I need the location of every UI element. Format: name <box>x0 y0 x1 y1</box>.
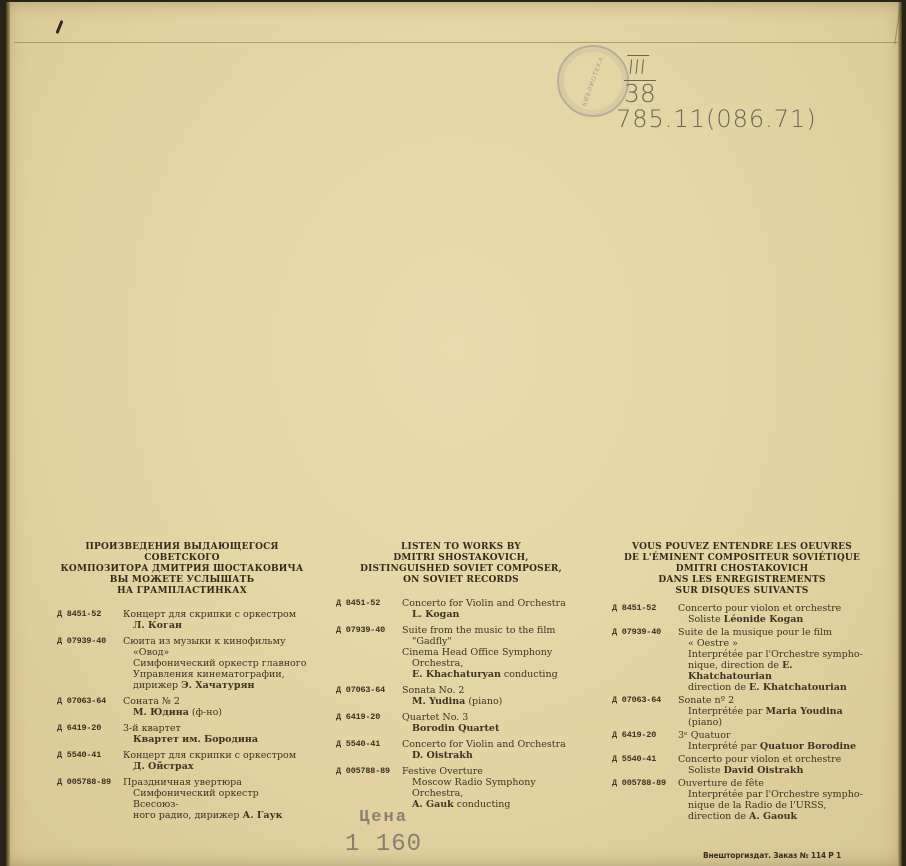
performer-line: M. Yudina (piano) <box>402 696 586 707</box>
scratch-mark <box>55 20 63 34</box>
sleeve-right-edge <box>898 2 902 866</box>
performer-line: Soliste David Oistrakh <box>678 765 872 776</box>
performer-name: М. Юдина <box>133 707 189 718</box>
heading-line: VOUS POUVEZ ENTENDRE LES OEUVRES <box>612 542 872 553</box>
work-title: Соната № 2 <box>123 696 307 707</box>
catalog-number: Д 8451-52 <box>57 609 123 631</box>
performer-line: Квартет им. Бородина <box>123 734 307 745</box>
record-details: Сюита из музыки к кинофильму«Овод»Симфон… <box>123 636 307 691</box>
heading-line: DMITRI CHOSTAKOVICH <box>612 564 872 575</box>
record-details: Концерт для скрипки с оркестромЛ. Коган <box>123 609 307 631</box>
performer-name: M. Yudina <box>412 696 465 707</box>
catalog-number: Д 07063-64 <box>57 696 123 718</box>
record-details: Концерт для скрипки с оркестромД. Ойстра… <box>123 750 307 772</box>
price-label: Цена <box>345 808 422 827</box>
performer-name: A. Gaouk <box>749 811 797 822</box>
price-value: 1 160 <box>345 831 422 858</box>
record-entry: Д 5540-41Концерт для скрипки с оркестром… <box>57 750 307 772</box>
performer-line: Interprétée par l'Orchestre sympho- <box>678 789 872 800</box>
performer-line: Interprété par Quatuor Borodine <box>678 741 872 752</box>
record-entry: Д 07063-64Sonata No. 2M. Yudina (piano) <box>336 685 586 707</box>
discography-list-french: Д 8451-52Concerto pour violon et orchest… <box>612 603 872 822</box>
column-english: LISTEN TO WORKS BYDMITRI SHOSTAKOVICH,DI… <box>336 542 586 815</box>
printer-imprint: Внешторгиздат. Заказ № 114 Р 1 <box>703 851 841 860</box>
record-entry: Д 8451-52Concerto for Violin and Orchest… <box>336 598 586 620</box>
work-title: 3-й квартет <box>123 723 307 734</box>
record-entry: Д 5540-41Concerto pour violon et orchest… <box>612 754 872 776</box>
record-details: Quartet No. 3Borodin Quartet <box>402 712 586 734</box>
work-title: Suite from the music to the film <box>402 625 586 636</box>
price-stamp: Цена 1 160 <box>345 808 422 858</box>
work-title: 3ᵉ Quatuor <box>678 730 872 741</box>
performer-line: ного радио, дирижер А. Гаук <box>123 810 307 821</box>
heading-line: DISTINGUISHED SOVIET COMPOSER, <box>336 564 586 575</box>
record-details: Concerto pour violon et orchestreSoliste… <box>678 754 872 776</box>
performer-line: Симфонический оркестр главного <box>123 658 307 669</box>
performer-line: Moscow Radio Symphony Orchestra, <box>402 777 586 799</box>
performer-name: Borodin Quartet <box>412 723 499 734</box>
record-entry: Д 07063-64Sonate nº 2Interprétée par Mar… <box>612 695 872 728</box>
performer-line: Soliste Léonide Kogan <box>678 614 872 625</box>
performer-name: Л. Коган <box>133 620 182 631</box>
heading-english: LISTEN TO WORKS BYDMITRI SHOSTAKOVICH,DI… <box>336 542 586 586</box>
record-entry: Д 8451-52Концерт для скрипки с оркестром… <box>57 609 307 631</box>
performer-name: E. Khatchatourian <box>688 660 793 682</box>
work-title: Сюита из музыки к кинофильму <box>123 636 307 647</box>
catalog-number: Д 005788-89 <box>612 778 678 822</box>
discography-list-english: Д 8451-52Concerto for Violin and Orchest… <box>336 598 586 810</box>
catalog-number: Д 8451-52 <box>612 603 678 625</box>
performer-line: nique de la Radio de l'URSS, <box>678 800 872 811</box>
sleeve-left-edge <box>6 2 10 866</box>
performer-name: Quatuor Borodine <box>760 741 856 752</box>
work-title: Suite de la musique pour le film <box>678 627 872 638</box>
work-title: Sonata No. 2 <box>402 685 586 696</box>
performer-name: Квартет им. Бородина <box>133 734 258 745</box>
record-details: Suite de la musique pour le film« Oestre… <box>678 627 872 693</box>
performer-line: "Gadfly" <box>402 636 586 647</box>
record-entry: Д 07939-40Suite de la musique pour le fi… <box>612 627 872 693</box>
work-title: Concerto for Violin and Orchestra <box>402 598 586 609</box>
catalog-number: Д 07939-40 <box>57 636 123 691</box>
record-entry: Д 07939-40Suite from the music to the fi… <box>336 625 586 680</box>
catalog-number: Д 8451-52 <box>336 598 402 620</box>
catalog-number: Д 005788-89 <box>57 777 123 821</box>
record-details: Праздничная увертюраСимфонический оркест… <box>123 777 307 821</box>
record-details: 3ᵉ QuatuorInterprété par Quatuor Borodin… <box>678 730 872 752</box>
performer-line: D. Oistrakh <box>402 750 586 761</box>
performer-name: David Oistrakh <box>724 765 804 776</box>
performer-line: М. Юдина (ф-но) <box>123 707 307 718</box>
work-title: Festive Overture <box>402 766 586 777</box>
heading-line: КОМПОЗИТОРА ДМИТРИЯ ШОСТАКОВИЧА <box>57 564 307 575</box>
work-title: Ouverture de fête <box>678 778 872 789</box>
heading-line: DANS LES ENREGISTREMENTS <box>612 575 872 586</box>
work-title: Concerto pour violon et orchestre <box>678 603 872 614</box>
work-title: Sonate nº 2 <box>678 695 872 706</box>
performer-line: direction de E. Khatchatourian <box>678 682 872 693</box>
record-entry: Д 07939-40Сюита из музыки к кинофильму«О… <box>57 636 307 691</box>
record-entry: Д 8451-52Concerto pour violon et orchest… <box>612 603 872 625</box>
performer-name: Д. Ойстрах <box>133 761 194 772</box>
performer-line: Interprétée par Maria Youdina <box>678 706 872 717</box>
catalog-number: Д 5540-41 <box>612 754 678 776</box>
performer-line: E. Khachaturyan conducting <box>402 669 586 680</box>
performer-name: L. Kogan <box>412 609 459 620</box>
record-entry: Д 07063-64Соната № 2М. Юдина (ф-но) <box>57 696 307 718</box>
performer-name: E. Khachaturyan <box>412 669 501 680</box>
performer-line: Л. Коган <box>123 620 307 631</box>
catalog-number: Д 07939-40 <box>612 627 678 693</box>
record-entry: Д 6419-203-й квартетКвартет им. Бородина <box>57 723 307 745</box>
record-entry: Д 005788-89Праздничная увертюраСимфониче… <box>57 777 307 821</box>
record-entry: Д 6419-203ᵉ QuatuorInterprété par Quatuo… <box>612 730 872 752</box>
column-russian: ПРОИЗВЕДЕНИЯ ВЫДАЮЩЕГОСЯ СОВЕТСКОГОКОМПО… <box>57 542 307 826</box>
catalog-number: Д 005788-89 <box>336 766 402 810</box>
performer-line: nique, direction de E. Khatchatourian <box>678 660 872 682</box>
heading-russian: ПРОИЗВЕДЕНИЯ ВЫДАЮЩЕГОСЯ СОВЕТСКОГОКОМПО… <box>57 542 307 597</box>
handwritten-roman: III <box>625 55 649 78</box>
work-title: Concerto for Violin and Orchestra <box>402 739 586 750</box>
work-title: Concerto pour violon et orchestre <box>678 754 872 765</box>
sleeve-flap-fold <box>14 42 898 43</box>
performer-name: Léonide Kogan <box>724 614 804 625</box>
record-details: Sonata No. 2M. Yudina (piano) <box>402 685 586 707</box>
heading-french: VOUS POUVEZ ENTENDRE LES OEUVRESDE L'ÉMI… <box>612 542 872 597</box>
performer-line: дирижер Э. Хачатурян <box>123 680 307 691</box>
performer-line: Д. Ойстрах <box>123 761 307 772</box>
handwritten-number: 38 <box>624 80 656 107</box>
performer-line: Симфонический оркестр Всесоюз- <box>123 788 307 810</box>
catalog-number: Д 5540-41 <box>57 750 123 772</box>
performer-line: «Овод» <box>123 647 307 658</box>
performer-line: direction de A. Gaouk <box>678 811 872 822</box>
heading-line: DMITRI SHOSTAKOVICH, <box>336 553 586 564</box>
heading-line: LISTEN TO WORKS BY <box>336 542 586 553</box>
work-title: Quartet No. 3 <box>402 712 586 723</box>
catalog-number: Д 07063-64 <box>336 685 402 707</box>
record-details: Concerto pour violon et orchestreSoliste… <box>678 603 872 625</box>
performer-name: А. Гаук <box>243 810 283 821</box>
heading-line: SUR DISQUES SUIVANTS <box>612 586 872 597</box>
performer-line: Cinema Head Office Symphony <box>402 647 586 658</box>
performer-line: (piano) <box>678 717 872 728</box>
performer-name: E. Khatchatourian <box>749 682 847 693</box>
performer-line: Interprétée par l'Orchestre sympho- <box>678 649 872 660</box>
record-details: Ouverture de fêteInterprétée par l'Orche… <box>678 778 872 822</box>
performer-line: A. Gauk conducting <box>402 799 586 810</box>
record-details: Соната № 2М. Юдина (ф-но) <box>123 696 307 718</box>
record-entry: Д 5540-41Concerto for Violin and Orchest… <box>336 739 586 761</box>
heading-line: DE L'ÉMINENT COMPOSITEUR SOVIÉTIQUE <box>612 553 872 564</box>
catalog-number: Д 07063-64 <box>612 695 678 728</box>
heading-line: ВЫ МОЖЕТЕ УСЛЫШАТЬ <box>57 575 307 586</box>
catalog-number: Д 6419-20 <box>612 730 678 752</box>
record-details: Concerto for Violin and OrchestraD. Oist… <box>402 739 586 761</box>
heading-line: ПРОИЗВЕДЕНИЯ ВЫДАЮЩЕГОСЯ СОВЕТСКОГО <box>57 542 307 564</box>
performer-line: « Oestre » <box>678 638 872 649</box>
discography-list-russian: Д 8451-52Концерт для скрипки с оркестром… <box>57 609 307 821</box>
catalog-number: Д 5540-41 <box>336 739 402 761</box>
performer-line: Orchestra, <box>402 658 586 669</box>
work-title: Праздничная увертюра <box>123 777 307 788</box>
performer-line: Borodin Quartet <box>402 723 586 734</box>
performer-line: L. Kogan <box>402 609 586 620</box>
handwritten-classification: 785.11(086.71) <box>616 105 817 133</box>
performer-name: Э. Хачатурян <box>181 680 254 691</box>
library-stamp-text: БИБЛИОТЕКА <box>581 55 605 107</box>
column-french: VOUS POUVEZ ENTENDRE LES OEUVRESDE L'ÉMI… <box>612 542 872 824</box>
performer-name: Maria Youdina <box>765 706 842 717</box>
record-entry: Д 005788-89Ouverture de fêteInterprétée … <box>612 778 872 822</box>
record-details: Suite from the music to the film"Gadfly"… <box>402 625 586 680</box>
catalog-number: Д 07939-40 <box>336 625 402 680</box>
catalog-number: Д 6419-20 <box>57 723 123 745</box>
record-details: Sonate nº 2Interprétée par Maria Youdina… <box>678 695 872 728</box>
work-title: Концерт для скрипки с оркестром <box>123 750 307 761</box>
record-entry: Д 6419-20Quartet No. 3Borodin Quartet <box>336 712 586 734</box>
heading-line: ON SOVIET RECORDS <box>336 575 586 586</box>
catalog-number: Д 6419-20 <box>336 712 402 734</box>
record-details: Festive OvertureMoscow Radio Symphony Or… <box>402 766 586 810</box>
work-title: Концерт для скрипки с оркестром <box>123 609 307 620</box>
performer-line: Управления кинематографии, <box>123 669 307 680</box>
heading-line: НА ГРАМПЛАСТИНКАХ <box>57 586 307 597</box>
record-entry: Д 005788-89Festive OvertureMoscow Radio … <box>336 766 586 810</box>
record-details: 3-й квартетКвартет им. Бородина <box>123 723 307 745</box>
record-details: Concerto for Violin and OrchestraL. Koga… <box>402 598 586 620</box>
performer-name: D. Oistrakh <box>412 750 473 761</box>
